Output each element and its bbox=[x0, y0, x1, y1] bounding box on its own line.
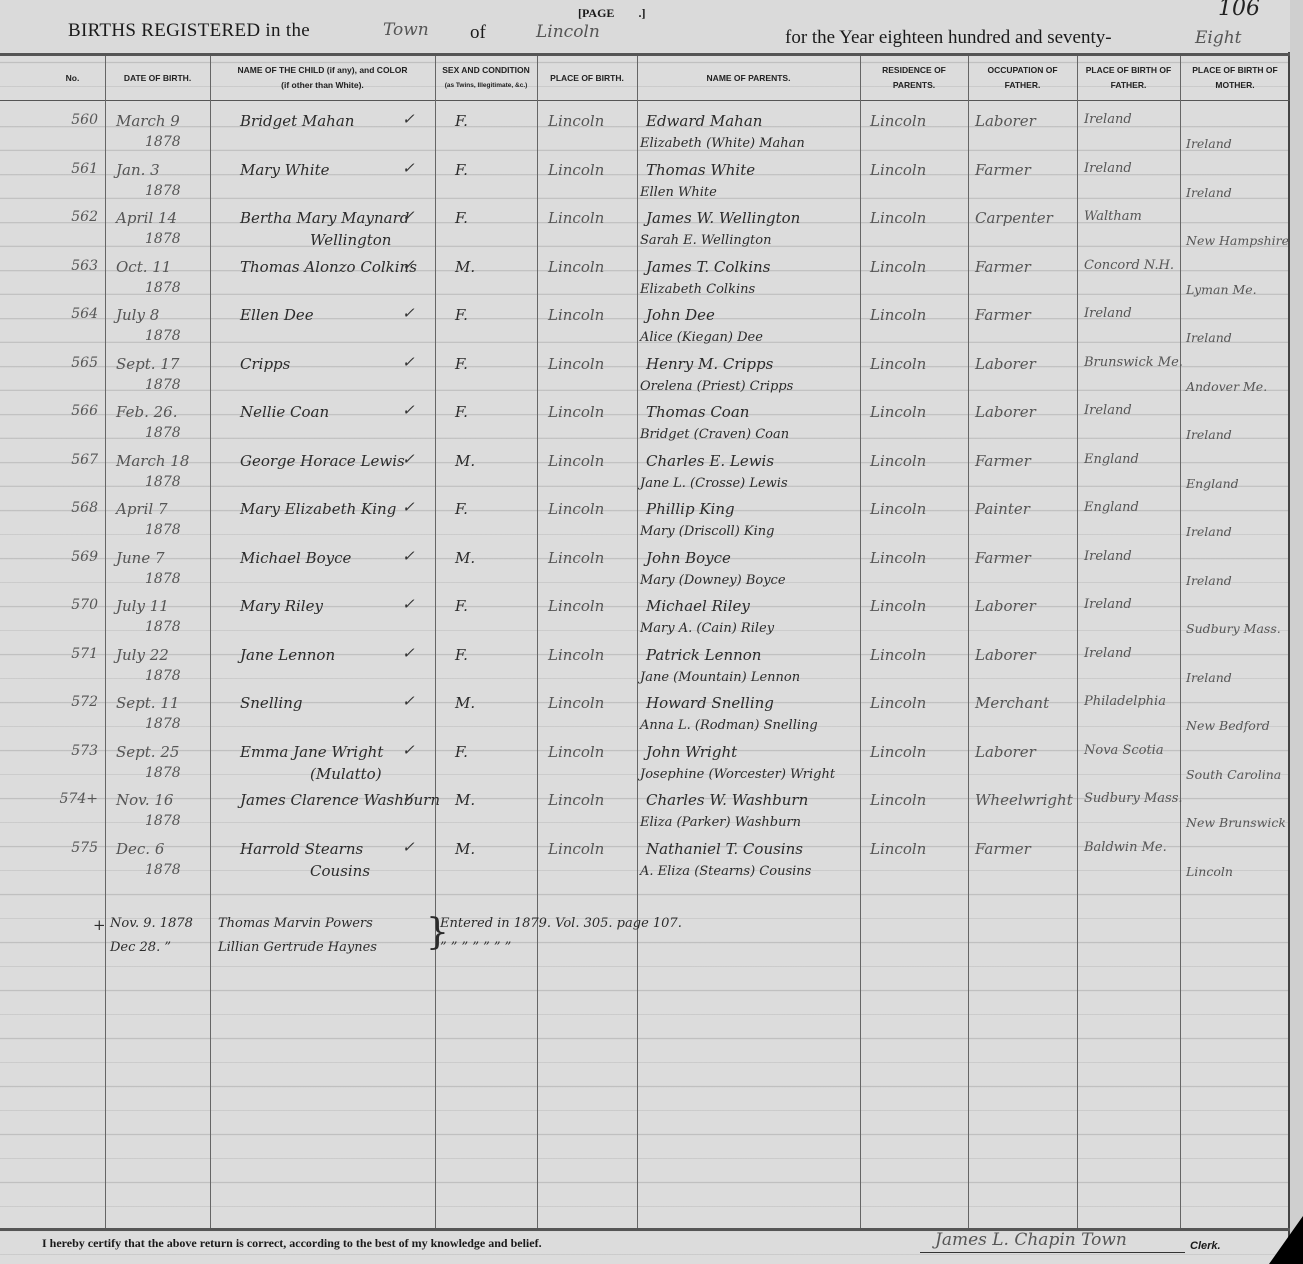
birth-date: Sept. 11 bbox=[116, 694, 179, 712]
father-name: Nathaniel T. Cousins bbox=[646, 840, 803, 858]
sex-condition: F. bbox=[455, 306, 468, 324]
birth-year: 1878 bbox=[145, 377, 181, 393]
child-name: Cripps bbox=[240, 355, 290, 373]
sex-condition: F. bbox=[455, 646, 468, 664]
record-number: 570 bbox=[48, 597, 98, 613]
birth-date: Dec. 6 bbox=[116, 840, 164, 858]
column-divider bbox=[968, 56, 969, 1228]
column-divider bbox=[435, 56, 436, 1228]
father-occupation: Farmer bbox=[975, 161, 1031, 179]
place-of-birth: Lincoln bbox=[548, 258, 604, 276]
mother-birthplace: Ireland bbox=[1186, 136, 1232, 151]
father-birthplace: Baldwin Me. bbox=[1084, 840, 1167, 855]
residence: Lincoln bbox=[870, 403, 926, 421]
child-name: Thomas Alonzo Colkins bbox=[240, 258, 417, 276]
father-occupation: Farmer bbox=[975, 306, 1031, 324]
column-header-label: PLACE OF BIRTH OF bbox=[1086, 63, 1171, 78]
residence: Lincoln bbox=[870, 209, 926, 227]
place-of-birth: Lincoln bbox=[548, 452, 604, 470]
father-occupation: Laborer bbox=[975, 403, 1036, 421]
child-name: Ellen Dee bbox=[240, 306, 314, 324]
checkmark-icon: ✓ bbox=[402, 838, 415, 856]
column-header-label: OCCUPATION OF bbox=[987, 63, 1057, 78]
place-of-birth: Lincoln bbox=[548, 112, 604, 130]
father-occupation: Farmer bbox=[975, 840, 1031, 858]
column-header-sex: SEX AND CONDITION(as Twins, Illegitimate… bbox=[435, 56, 537, 100]
title-of: of bbox=[470, 22, 486, 44]
late-entry-child: Lillian Gertrude Haynes bbox=[218, 940, 377, 955]
mother-birthplace: Ireland bbox=[1186, 185, 1232, 200]
birth-year: 1878 bbox=[145, 231, 181, 247]
place-of-birth: Lincoln bbox=[548, 209, 604, 227]
father-occupation: Farmer bbox=[975, 258, 1031, 276]
column-divider bbox=[210, 56, 211, 1228]
mother-name: Orelena (Priest) Cripps bbox=[640, 379, 793, 394]
mother-birthplace: New Brunswick bbox=[1186, 815, 1286, 830]
father-occupation: Carpenter bbox=[975, 209, 1053, 227]
child-name: Mary Riley bbox=[240, 597, 323, 615]
birth-date: April 14 bbox=[116, 209, 177, 227]
birth-year: 1878 bbox=[145, 571, 181, 587]
place-of-birth: Lincoln bbox=[548, 500, 604, 518]
father-name: Edward Mahan bbox=[646, 112, 762, 130]
father-name: Thomas White bbox=[646, 161, 755, 179]
father-name: Henry M. Cripps bbox=[646, 355, 773, 373]
column-header-label: PLACE OF BIRTH. bbox=[550, 71, 624, 86]
child-name: Bertha Mary Maynard bbox=[240, 209, 409, 227]
sex-condition: F. bbox=[455, 209, 468, 227]
title-prefix: BIRTHS REGISTERED in the bbox=[68, 20, 310, 42]
mother-name: Elizabeth (White) Mahan bbox=[640, 136, 805, 151]
birth-year: 1878 bbox=[145, 328, 181, 344]
father-birthplace: Brunswick Me. bbox=[1084, 355, 1183, 370]
mother-name: A. Eliza (Stearns) Cousins bbox=[640, 864, 811, 879]
checkmark-icon: ✓ bbox=[402, 547, 415, 565]
record-number: 567 bbox=[48, 452, 98, 468]
column-header-sublabel: FATHER. bbox=[1111, 78, 1147, 93]
father-name: Patrick Lennon bbox=[646, 646, 761, 664]
father-name: James T. Colkins bbox=[646, 258, 770, 276]
place-of-birth: Lincoln bbox=[548, 791, 604, 809]
place-of-birth: Lincoln bbox=[548, 646, 604, 664]
certification-text: I hereby certify that the above return i… bbox=[42, 1236, 542, 1251]
column-divider bbox=[105, 56, 106, 1228]
checkmark-icon: ✓ bbox=[402, 110, 415, 128]
father-name: James W. Wellington bbox=[646, 209, 800, 227]
mother-birthplace: Sudbury Mass. bbox=[1186, 621, 1281, 636]
birth-date: July 22 bbox=[116, 646, 169, 664]
checkmark-icon: ✓ bbox=[402, 595, 415, 613]
birth-date: Sept. 25 bbox=[116, 743, 179, 761]
column-header-date: DATE OF BIRTH. bbox=[105, 56, 210, 100]
column-header-occupation: OCCUPATION OFFATHER. bbox=[968, 56, 1077, 100]
mother-name: Josephine (Worcester) Wright bbox=[640, 767, 835, 782]
column-header-mother_birth: PLACE OF BIRTH OFMOTHER. bbox=[1180, 56, 1290, 100]
residence: Lincoln bbox=[870, 161, 926, 179]
father-birthplace: Ireland bbox=[1084, 549, 1132, 564]
mother-name: Anna L. (Rodman) Snelling bbox=[640, 718, 818, 733]
child-name: Michael Boyce bbox=[240, 549, 351, 567]
column-header-parents: NAME OF PARENTS. bbox=[637, 56, 860, 100]
checkmark-icon: ✓ bbox=[402, 401, 415, 419]
birth-date: Sept. 17 bbox=[116, 355, 179, 373]
father-birthplace: Ireland bbox=[1084, 597, 1132, 612]
sex-condition: M. bbox=[455, 258, 475, 276]
residence: Lincoln bbox=[870, 694, 926, 712]
municipality-name: Lincoln bbox=[536, 22, 600, 42]
header-bottom-rule bbox=[0, 100, 1290, 101]
title-band: BIRTHS REGISTERED in the Town of Lincoln… bbox=[0, 0, 1290, 52]
father-name: Phillip King bbox=[646, 500, 735, 518]
father-name: Howard Snelling bbox=[646, 694, 774, 712]
father-occupation: Wheelwright bbox=[975, 791, 1073, 809]
column-header-sublabel: FATHER. bbox=[1005, 78, 1041, 93]
birth-year: 1878 bbox=[145, 862, 181, 878]
mother-name: Jane (Mountain) Lennon bbox=[640, 670, 800, 685]
page-label: [PAGE .] bbox=[578, 6, 645, 21]
record-number: 563 bbox=[48, 258, 98, 274]
father-birthplace: Concord N.H. bbox=[1084, 258, 1174, 273]
father-birthplace: Ireland bbox=[1084, 112, 1132, 127]
column-header-label: RESIDENCE OF bbox=[882, 63, 946, 78]
mother-birthplace: Ireland bbox=[1186, 524, 1232, 539]
birth-date: Nov. 16 bbox=[116, 791, 173, 809]
record-number: 572 bbox=[48, 694, 98, 710]
mother-name: Elizabeth Colkins bbox=[640, 282, 755, 297]
residence: Lincoln bbox=[870, 791, 926, 809]
sex-condition: F. bbox=[455, 112, 468, 130]
sex-condition: M. bbox=[455, 791, 475, 809]
column-header-label: NAME OF THE CHILD (if any), and COLOR bbox=[238, 63, 408, 78]
column-divider bbox=[1180, 56, 1181, 1228]
residence: Lincoln bbox=[870, 306, 926, 324]
place-of-birth: Lincoln bbox=[548, 355, 604, 373]
column-header-label: No. bbox=[66, 71, 80, 86]
bracket-icon: } bbox=[426, 912, 449, 953]
column-header-sublabel: MOTHER. bbox=[1215, 78, 1254, 93]
child-name: Jane Lennon bbox=[240, 646, 335, 664]
place-of-birth: Lincoln bbox=[548, 549, 604, 567]
father-birthplace: Ireland bbox=[1084, 161, 1132, 176]
column-header-label: DATE OF BIRTH. bbox=[124, 71, 191, 86]
residence: Lincoln bbox=[870, 549, 926, 567]
birth-year: 1878 bbox=[145, 280, 181, 296]
mother-birthplace: New Hampshire bbox=[1186, 233, 1289, 248]
birth-date: June 7 bbox=[116, 549, 165, 567]
column-header-label: SEX AND CONDITION bbox=[442, 63, 530, 78]
residence: Lincoln bbox=[870, 840, 926, 858]
record-number: 565 bbox=[48, 355, 98, 371]
place-of-birth: Lincoln bbox=[548, 161, 604, 179]
father-birthplace: England bbox=[1084, 452, 1139, 467]
father-occupation: Painter bbox=[975, 500, 1030, 518]
year-prefix: for the Year eighteen hundred and sevent… bbox=[785, 27, 1112, 49]
page-edge bbox=[1288, 0, 1303, 1264]
record-number: 575 bbox=[48, 840, 98, 856]
clerk-label: Clerk. bbox=[1190, 1240, 1221, 1252]
record-number: 568 bbox=[48, 500, 98, 516]
birth-year: 1878 bbox=[145, 474, 181, 490]
scan-corner bbox=[1269, 1216, 1303, 1264]
birth-year: 1878 bbox=[145, 668, 181, 684]
place-of-birth: Lincoln bbox=[548, 840, 604, 858]
birth-year: 1878 bbox=[145, 765, 181, 781]
father-occupation: Laborer bbox=[975, 112, 1036, 130]
birth-date: Oct. 11 bbox=[116, 258, 171, 276]
record-number: 560 bbox=[48, 112, 98, 128]
father-name: Charles E. Lewis bbox=[646, 452, 774, 470]
birth-date: Jan. 3 bbox=[116, 161, 160, 179]
child-name: Nellie Coan bbox=[240, 403, 329, 421]
birth-date: March 9 bbox=[116, 112, 180, 130]
checkmark-icon: ✓ bbox=[402, 450, 415, 468]
mother-birthplace: Lyman Me. bbox=[1186, 282, 1257, 297]
sex-condition: M. bbox=[455, 452, 475, 470]
mother-name: Mary (Driscoll) King bbox=[640, 524, 774, 539]
late-entry-mark: + bbox=[93, 916, 106, 934]
column-header-label: NAME OF PARENTS. bbox=[707, 71, 791, 86]
father-name: John Wright bbox=[646, 743, 737, 761]
checkmark-icon: ✓ bbox=[402, 644, 415, 662]
place-of-birth: Lincoln bbox=[548, 403, 604, 421]
residence: Lincoln bbox=[870, 355, 926, 373]
residence: Lincoln bbox=[870, 597, 926, 615]
record-number: 564 bbox=[48, 306, 98, 322]
column-header-residence: RESIDENCE OFPARENTS. bbox=[860, 56, 968, 100]
residence: Lincoln bbox=[870, 258, 926, 276]
birth-date: July 8 bbox=[116, 306, 159, 324]
child-name: Snelling bbox=[240, 694, 302, 712]
column-header-sublabel: (as Twins, Illegitimate, &c.) bbox=[445, 78, 528, 93]
column-header-sublabel: (if other than White). bbox=[281, 78, 364, 93]
checkmark-icon: ✓ bbox=[402, 256, 415, 274]
father-birthplace: Ireland bbox=[1084, 403, 1132, 418]
father-birthplace: Sudbury Mass. bbox=[1084, 791, 1183, 806]
clerk-signature: James L. Chapin Town bbox=[935, 1230, 1127, 1250]
father-birthplace: England bbox=[1084, 500, 1139, 515]
sex-condition: M. bbox=[455, 694, 475, 712]
mother-birthplace: Ireland bbox=[1186, 330, 1232, 345]
place-of-birth: Lincoln bbox=[548, 597, 604, 615]
father-occupation: Farmer bbox=[975, 549, 1031, 567]
checkmark-icon: ✓ bbox=[402, 304, 415, 322]
place-of-birth: Lincoln bbox=[548, 743, 604, 761]
mother-birthplace: South Carolina bbox=[1186, 767, 1281, 782]
birth-date: April 7 bbox=[116, 500, 168, 518]
father-name: John Dee bbox=[646, 306, 715, 324]
column-divider bbox=[1077, 56, 1078, 1228]
father-name: Thomas Coan bbox=[646, 403, 749, 421]
father-occupation: Merchant bbox=[975, 694, 1049, 712]
mother-name: Ellen White bbox=[640, 185, 717, 200]
residence: Lincoln bbox=[870, 452, 926, 470]
mother-birthplace: Ireland bbox=[1186, 427, 1232, 442]
sex-condition: F. bbox=[455, 161, 468, 179]
birth-year: 1878 bbox=[145, 522, 181, 538]
mother-name: Alice (Kiegan) Dee bbox=[640, 330, 763, 345]
father-occupation: Laborer bbox=[975, 646, 1036, 664]
record-number: 573 bbox=[48, 743, 98, 759]
checkmark-icon: ✓ bbox=[402, 741, 415, 759]
father-birthplace: Ireland bbox=[1084, 306, 1132, 321]
year-suffix: Eight bbox=[1195, 28, 1242, 48]
checkmark-icon: ✓ bbox=[402, 692, 415, 710]
column-header-place: PLACE OF BIRTH. bbox=[537, 56, 637, 100]
father-occupation: Farmer bbox=[975, 452, 1031, 470]
column-header-label: PLACE OF BIRTH OF bbox=[1192, 63, 1277, 78]
late-entry-date: Dec 28. ” bbox=[110, 940, 171, 955]
father-occupation: Laborer bbox=[975, 743, 1036, 761]
mother-name: Bridget (Craven) Coan bbox=[640, 427, 789, 442]
mother-name: Mary A. (Cain) Riley bbox=[640, 621, 774, 636]
mother-birthplace: New Bedford bbox=[1186, 718, 1270, 733]
column-header-no: No. bbox=[40, 56, 105, 100]
birth-year: 1878 bbox=[145, 425, 181, 441]
record-number: 561 bbox=[48, 161, 98, 177]
column-divider bbox=[637, 56, 638, 1228]
checkmark-icon: ✓ bbox=[402, 789, 415, 807]
father-name: Michael Riley bbox=[646, 597, 750, 615]
residence: Lincoln bbox=[870, 112, 926, 130]
child-name: George Horace Lewis bbox=[240, 452, 405, 470]
record-number: 569 bbox=[48, 549, 98, 565]
late-entry-note: Entered in 1879. Vol. 305. page 107. bbox=[440, 916, 682, 931]
father-birthplace: Ireland bbox=[1084, 646, 1132, 661]
child-name-cont: Wellington bbox=[310, 231, 391, 249]
checkmark-icon: ✓ bbox=[402, 159, 415, 177]
birth-year: 1878 bbox=[145, 813, 181, 829]
signature-line bbox=[920, 1252, 1185, 1253]
father-occupation: Laborer bbox=[975, 355, 1036, 373]
child-name-cont: (Mulatto) bbox=[310, 765, 382, 783]
record-number: 571 bbox=[48, 646, 98, 662]
mother-birthplace: England bbox=[1186, 476, 1239, 491]
record-number: 562 bbox=[48, 209, 98, 225]
sex-condition: F. bbox=[455, 355, 468, 373]
mother-birthplace: Andover Me. bbox=[1186, 379, 1267, 394]
mother-name: Eliza (Parker) Washburn bbox=[640, 815, 801, 830]
father-birthplace: Philadelphia bbox=[1084, 694, 1166, 709]
sex-condition: M. bbox=[455, 549, 475, 567]
checkmark-icon: ✓ bbox=[402, 207, 415, 225]
sex-condition: F. bbox=[455, 403, 468, 421]
sex-condition: F. bbox=[455, 597, 468, 615]
sex-condition: M. bbox=[455, 840, 475, 858]
checkmark-icon: ✓ bbox=[402, 498, 415, 516]
record-number: 574+ bbox=[48, 791, 98, 807]
page-number: 106 bbox=[1218, 0, 1260, 21]
father-name: Charles W. Washburn bbox=[646, 791, 808, 809]
birth-date: March 18 bbox=[116, 452, 189, 470]
residence: Lincoln bbox=[870, 500, 926, 518]
child-name: Bridget Mahan bbox=[240, 112, 354, 130]
record-number: 566 bbox=[48, 403, 98, 419]
late-entry-date: Nov. 9. 1878 bbox=[110, 916, 193, 931]
checkmark-icon: ✓ bbox=[402, 353, 415, 371]
place-of-birth: Lincoln bbox=[548, 694, 604, 712]
birth-date: July 11 bbox=[116, 597, 169, 615]
child-name-cont: Cousins bbox=[310, 862, 370, 880]
birth-date: Feb. 26. bbox=[116, 403, 177, 421]
birth-year: 1878 bbox=[145, 134, 181, 150]
mother-name: Mary (Downey) Boyce bbox=[640, 573, 786, 588]
father-birthplace: Waltham bbox=[1084, 209, 1142, 224]
late-entry-child: Thomas Marvin Powers bbox=[218, 916, 373, 931]
sex-condition: F. bbox=[455, 500, 468, 518]
child-name: Mary Elizabeth King bbox=[240, 500, 396, 518]
father-name: John Boyce bbox=[646, 549, 731, 567]
child-name: Harrold Stearns bbox=[240, 840, 363, 858]
residence: Lincoln bbox=[870, 646, 926, 664]
father-birthplace: Nova Scotia bbox=[1084, 743, 1164, 758]
mother-birthplace: Ireland bbox=[1186, 670, 1232, 685]
birth-year: 1878 bbox=[145, 183, 181, 199]
column-header-child: NAME OF THE CHILD (if any), and COLOR(if… bbox=[210, 56, 435, 100]
birth-year: 1878 bbox=[145, 716, 181, 732]
residence: Lincoln bbox=[870, 743, 926, 761]
mother-name: Jane L. (Crosse) Lewis bbox=[640, 476, 788, 491]
sex-condition: F. bbox=[455, 743, 468, 761]
mother-name: Sarah E. Wellington bbox=[640, 233, 771, 248]
municipality-type: Town bbox=[383, 20, 429, 40]
birth-year: 1878 bbox=[145, 619, 181, 635]
child-name: Emma Jane Wright bbox=[240, 743, 383, 761]
mother-birthplace: Lincoln bbox=[1186, 864, 1233, 879]
column-header-father_birth: PLACE OF BIRTH OFFATHER. bbox=[1077, 56, 1180, 100]
column-divider bbox=[860, 56, 861, 1228]
mother-birthplace: Ireland bbox=[1186, 573, 1232, 588]
father-occupation: Laborer bbox=[975, 597, 1036, 615]
late-entry-note: ” ” ” ” ” ” ” bbox=[440, 940, 511, 955]
place-of-birth: Lincoln bbox=[548, 306, 604, 324]
child-name: Mary White bbox=[240, 161, 330, 179]
column-divider bbox=[537, 56, 538, 1228]
column-header-sublabel: PARENTS. bbox=[893, 78, 935, 93]
